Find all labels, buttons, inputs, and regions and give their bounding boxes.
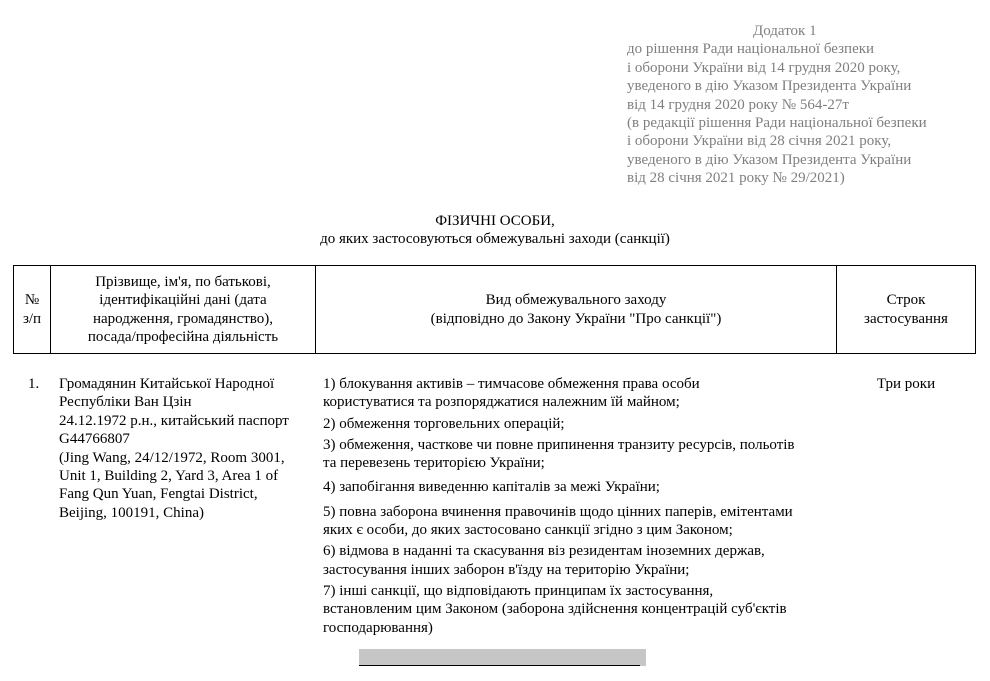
person-line: Unit 1, Building 2, Yard 3, Area 1 of xyxy=(59,467,309,485)
measure-item: 7) інші санкції, що відповідають принцип… xyxy=(323,582,833,637)
measure-line: 3) обмеження, часткове чи повне припинен… xyxy=(323,436,833,454)
row-number: 1. xyxy=(28,375,39,393)
person-line: 24.12.1972 р.н., китайський паспорт xyxy=(59,412,309,430)
signature-line xyxy=(359,665,640,666)
measure-item: 3) обмеження, часткове чи повне припинен… xyxy=(323,436,833,473)
header-measure: Вид обмежувального заходу (відповідно до… xyxy=(316,266,837,353)
annex-line: (в редакції рішення Ради національної бе… xyxy=(627,114,967,132)
header-number-line: № xyxy=(23,291,41,310)
header-number-line: з/п xyxy=(23,310,41,329)
measure-line: встановленим цим Законом (заборона здійс… xyxy=(323,600,833,618)
annex-line: від 28 січня 2021 року № 29/2021) xyxy=(627,169,967,187)
person-line: Fang Qun Yuan, Fengtai District, xyxy=(59,485,309,503)
header-measure-line: Вид обмежувального заходу xyxy=(431,291,722,310)
annex-title: Додаток 1 xyxy=(627,22,967,40)
header-term: Строк застосування xyxy=(837,266,975,353)
header-person-line: народження, громадянство), xyxy=(88,310,278,329)
annex-line: уведеного в дію Указом Президента Україн… xyxy=(627,77,967,95)
header-person-line: ідентифікаційні дані (дата xyxy=(88,291,278,310)
measure-line: застосування інших заборон в'їзду на тер… xyxy=(323,561,833,579)
person-details: Громадянин Китайської Народної Республік… xyxy=(59,375,309,522)
header-person-line: Прізвище, ім'я, по батькові, xyxy=(88,273,278,292)
annex-line: до рішення Ради національної безпеки xyxy=(627,40,967,58)
annex-line: від 14 грудня 2020 року № 564-27т xyxy=(627,96,967,114)
sanction-term: Три роки xyxy=(836,375,976,393)
measure-line: та перевезень територією України; xyxy=(323,454,833,472)
header-number: № з/п xyxy=(14,266,51,353)
measure-line: господарювання) xyxy=(323,619,833,637)
measure-line: 2) обмеження торговельних операцій; xyxy=(323,415,833,433)
measure-item: 4) запобігання виведенню капіталів за ме… xyxy=(323,478,833,496)
measure-line: 1) блокування активів – тимчасове обмеже… xyxy=(323,375,833,393)
table-header: № з/п Прізвище, ім'я, по батькові, ідент… xyxy=(13,265,976,354)
header-term-line: Строк xyxy=(864,291,948,310)
annex-line: і оборони України від 28 січня 2021 року… xyxy=(627,132,967,150)
person-line: Beijing, 100191, China) xyxy=(59,504,309,522)
document-heading: ФІЗИЧНІ ОСОБИ, до яких застосовуються об… xyxy=(0,212,990,248)
header-measure-line: (відповідно до Закону України "Про санкц… xyxy=(431,310,722,329)
person-line: Громадянин Китайської Народної xyxy=(59,375,309,393)
measure-item: 2) обмеження торговельних операцій; xyxy=(323,415,833,433)
header-term-line: застосування xyxy=(864,310,948,329)
document-title: ФІЗИЧНІ ОСОБИ, xyxy=(0,212,990,230)
annex-line: і оборони України від 14 грудня 2020 рок… xyxy=(627,59,967,77)
redaction-block xyxy=(359,649,646,666)
measure-line: користуватися та розпоряджатися належним… xyxy=(323,393,833,411)
measure-item: 5) повна заборона вчинення правочинів що… xyxy=(323,503,833,540)
annex-reference: Додаток 1 до рішення Ради національної б… xyxy=(627,22,967,188)
measure-line: 7) інші санкції, що відповідають принцип… xyxy=(323,582,833,600)
measure-line: 4) запобігання виведенню капіталів за ме… xyxy=(323,478,833,496)
measure-item: 1) блокування активів – тимчасове обмеже… xyxy=(323,375,833,412)
header-person: Прізвище, ім'я, по батькові, ідентифікац… xyxy=(51,266,316,353)
person-line: G44766807 xyxy=(59,430,309,448)
measure-line: 6) відмова в наданні та скасування віз р… xyxy=(323,542,833,560)
measure-item: 6) відмова в наданні та скасування віз р… xyxy=(323,542,833,579)
document-subtitle: до яких застосовуються обмежувальні захо… xyxy=(0,230,990,248)
sanction-measures: 1) блокування активів – тимчасове обмеже… xyxy=(323,375,833,640)
measure-line: яких є особи, до яких застосовано санкці… xyxy=(323,521,833,539)
person-line: (Jing Wang, 24/12/1972, Room 3001, xyxy=(59,449,309,467)
header-person-line: посада/професійна діяльність xyxy=(88,328,278,347)
measure-line: 5) повна заборона вчинення правочинів що… xyxy=(323,503,833,521)
person-line: Республіки Ван Цзін xyxy=(59,393,309,411)
annex-line: уведеного в дію Указом Президента Україн… xyxy=(627,151,967,169)
